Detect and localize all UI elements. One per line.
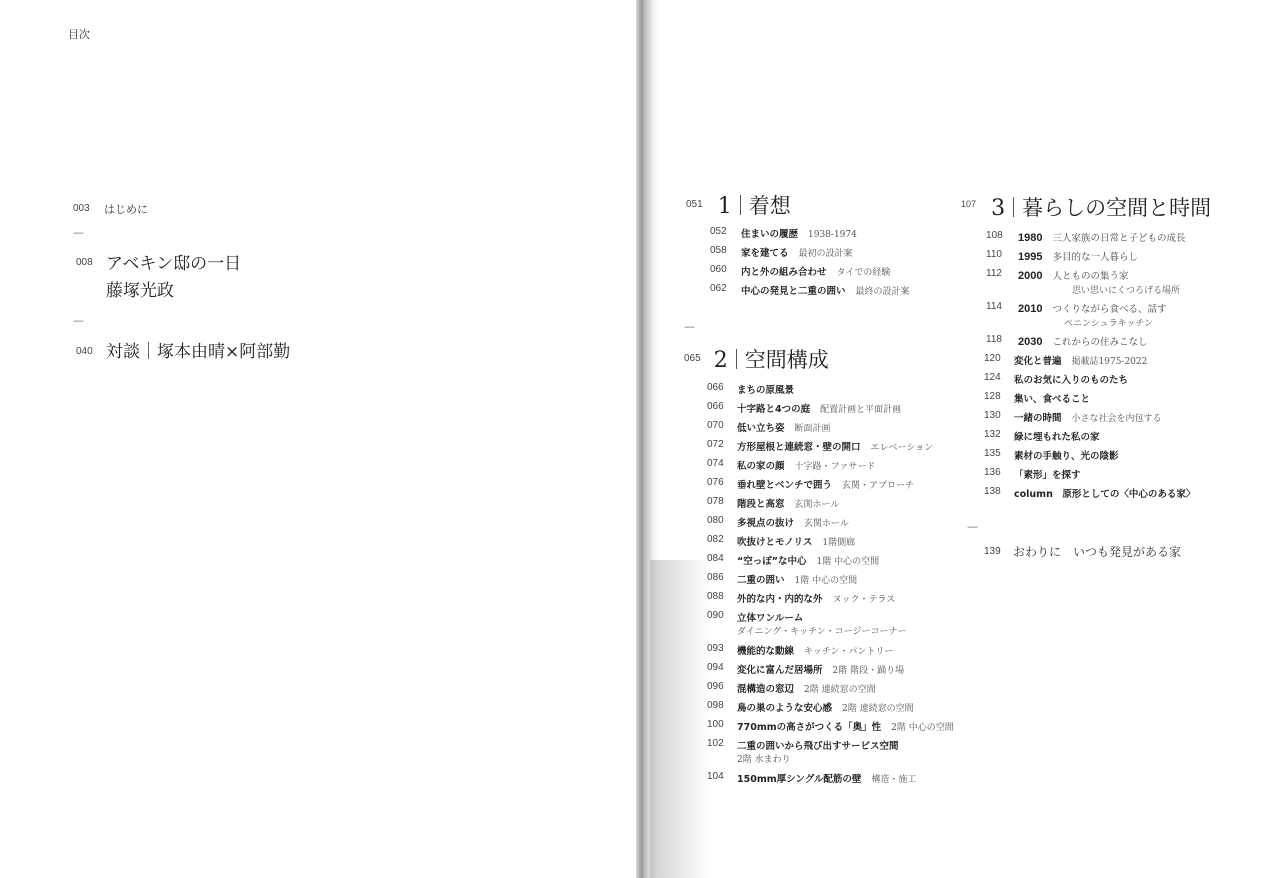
toc-page-number: 086 — [707, 572, 724, 583]
entry-title-text: 素材の手触り、光の陰影 — [1014, 451, 1119, 462]
toc-entry-title: 770mmの高さがつくる「奥」性2階 中心の空間 — [737, 719, 954, 733]
entry-title-text: 低い立ち姿 — [737, 423, 785, 434]
toc-page-number: 008 — [76, 257, 93, 268]
entry-title-text: 住まいの履歴 — [741, 229, 798, 240]
entry-subtitle: 1階 中心の空間 — [817, 557, 880, 567]
toc-entry-title: 二重の囲い1階 中心の空間 — [737, 572, 857, 586]
toc-entry-feature: アベキン邸の一日 — [106, 249, 241, 274]
year-label: 1980 — [1018, 232, 1042, 244]
year-description: つくりながら食べる、話す — [1052, 304, 1166, 315]
toc-page-number: 060 — [710, 264, 727, 275]
entry-subtitle: 2階 連続窓の空間 — [804, 685, 876, 695]
right-page — [640, 0, 1280, 878]
toc-page-number: 135 — [984, 448, 1001, 459]
entry-subtitle: 断面計画 — [795, 424, 831, 434]
chapter-title: 着想 — [749, 194, 791, 218]
separator: — — [73, 314, 84, 327]
entry-subtitle: 玄関・アプローチ — [842, 481, 914, 491]
entry-subtitle: キッチン・パントリー — [804, 647, 893, 657]
year-line: 1995多目的な一人暮らし — [1018, 249, 1138, 263]
toc-entry-title: 150mm厚シングル配筋の壁構造・施工 — [737, 771, 916, 785]
running-head: 目次 — [68, 26, 90, 42]
chapter-divider — [736, 349, 737, 369]
toc-page-number: 088 — [707, 591, 724, 602]
entry-subtitle: 十字路・ファサード — [795, 462, 876, 472]
toc-entry-title: column 原形としての〈中心のある家〉 — [1014, 486, 1205, 500]
toc-page-number: 118 — [986, 334, 1002, 345]
entry-subtitle: 1階 中心の空間 — [795, 576, 858, 586]
entry-title-text: 中心の発見と二重の囲い — [741, 286, 846, 297]
toc-entry-title: 内と外の組み合わせタイでの経験 — [741, 264, 890, 278]
entry-title-text: 「素形」を探す — [1014, 470, 1081, 481]
entry-title-text: 一緒の時間 — [1014, 413, 1062, 424]
toc-entry-intro: はじめに — [104, 201, 148, 217]
year-label: 2000 — [1018, 270, 1042, 282]
toc-page-number: 096 — [707, 681, 724, 692]
separator: — — [967, 520, 978, 533]
gutter-shadow — [650, 560, 710, 878]
chapter-divider — [740, 195, 741, 215]
year-line: 2010つくりながら食べる、話す — [1018, 301, 1167, 315]
toc-page-number: 080 — [707, 515, 724, 526]
toc-entry-title: 緑に埋もれた私の家 — [1014, 429, 1110, 443]
toc-entry-title: 私のお気に入りのものたち — [1014, 372, 1138, 386]
entry-subtitle: 1938-1974 — [808, 230, 857, 240]
toc-page-number: 139 — [984, 546, 1001, 557]
toc-entry-dialogue: 対談｜塚本由晴×阿部勤 — [106, 337, 290, 362]
toc-page-number: 074 — [707, 458, 724, 469]
toc-page-number: 136 — [984, 467, 1001, 478]
toc-page-number: 003 — [73, 203, 90, 214]
toc-entry-title: 階段と高窓玄関ホール — [737, 496, 839, 510]
entry-subtitle: 2階 連続窓の空間 — [842, 704, 914, 714]
chapter-number: 1 — [718, 194, 732, 219]
entry-title-text: 私のお気に入りのものたち — [1014, 375, 1128, 386]
entry-title-text: 二重の囲いから飛び出すサービス空間 — [737, 741, 899, 752]
entry-subtitle: タイでの経験 — [837, 268, 891, 278]
toc-entry-closing: おわりに いつも発見がある家 — [1013, 543, 1181, 560]
entry-title-text: “空っぽ”な中心 — [737, 556, 807, 567]
entry-subtitle: 1階側廊 — [822, 538, 855, 548]
entry-title-text: 垂れ壁とベンチで囲う — [737, 480, 832, 491]
toc-page-number: 052 — [710, 226, 727, 237]
toc-entry-title: 垂れ壁とベンチで囲う玄関・アプローチ — [737, 477, 914, 491]
year-line: 1980三人家族の日常と子どもの成長 — [1018, 230, 1186, 244]
toc-page-number: 100 — [707, 719, 724, 730]
toc-page-number: 098 — [707, 700, 724, 711]
entry-title-text: 770mmの高さがつくる「奥」性 — [737, 722, 881, 733]
toc-entry-feature-author: 藤塚光政 — [106, 276, 174, 301]
entry-title-text: 緑に埋もれた私の家 — [1014, 432, 1100, 443]
entry-subtitle: エレベーション — [871, 443, 934, 453]
toc-page-number: 058 — [710, 245, 727, 256]
toc-entry-title: 一緒の時間小さな社会を内包する — [1014, 410, 1162, 424]
chapter-page-number: 065 — [684, 353, 701, 364]
entry-subtitle: 構造・施工 — [871, 775, 916, 785]
entry-subtitle: ヌック・テラス — [833, 595, 896, 605]
toc-page-number: 070 — [707, 420, 724, 431]
year-label: 2030 — [1018, 336, 1042, 348]
chapter-title: 暮らしの空間と時間 — [1022, 196, 1211, 220]
separator: — — [684, 320, 695, 333]
year-line: 2030これからの住みこなし — [1018, 334, 1148, 348]
entry-title-text: 混構造の窓辺 — [737, 684, 794, 695]
toc-page-number: 093 — [707, 643, 724, 654]
year-description: 三人家族の日常と子どもの成長 — [1052, 233, 1185, 244]
year-label: 1995 — [1018, 251, 1042, 263]
entry-subtitle: 小さな社会を内包する — [1072, 414, 1162, 424]
toc-entry-title: 住まいの履歴1938-1974 — [741, 226, 857, 240]
toc-entry-title: 外的な内・内的な外ヌック・テラス — [737, 591, 895, 605]
entry-title-text: 機能的な動線 — [737, 646, 794, 657]
toc-entry-title: 方形屋根と連続窓・壁の開口エレベーション — [737, 439, 933, 453]
toc-entry-title: まちの原風景 — [737, 382, 804, 396]
toc-entry-title: 低い立ち姿断面計画 — [737, 420, 831, 434]
entry-title-text: 方形屋根と連続窓・壁の開口 — [737, 442, 861, 453]
chapter-title: 空間構成 — [745, 348, 829, 372]
toc-entry-title: 私の家の顔十字路・ファサード — [737, 458, 875, 472]
toc-page-number: 124 — [984, 372, 1001, 383]
chapter-page-number: 051 — [686, 199, 703, 210]
entry-subtitle: 配置計画と平面計画 — [820, 405, 901, 415]
entry-title-text: 十字路と4つの庭 — [737, 404, 810, 415]
entry-title-text: 階段と高窓 — [737, 499, 785, 510]
year-description: これからの住みこなし — [1052, 337, 1147, 348]
entry-title-text: 変化に富んだ居場所 — [737, 665, 823, 676]
year-description: 人とものの集う家 — [1052, 271, 1128, 282]
toc-entry-title: 機能的な動線キッチン・パントリー — [737, 643, 893, 657]
toc-entry-title: 吹抜けとモノリス1階側廊 — [737, 534, 855, 548]
toc-page-number: 040 — [76, 346, 93, 357]
chapter-divider — [1013, 197, 1014, 217]
entry-subtitle: 2階 中心の空間 — [891, 723, 954, 733]
chapter-number: 3 — [991, 196, 1005, 221]
entry-title-text: まちの原風景 — [737, 385, 794, 396]
entry-subtitle-line2: 2階 水まわり — [737, 752, 791, 765]
chapter-number: 2 — [714, 348, 728, 373]
toc-entry-title: 家を建てる最初の設計案 — [741, 245, 853, 259]
chapter-page-number: 107 — [961, 199, 976, 209]
entry-subtitle: 最初の設計案 — [799, 249, 853, 259]
entry-subtitle: 玄関ホール — [795, 500, 840, 510]
toc-page-number: 062 — [710, 283, 727, 294]
entry-title-text: 吹抜けとモノリス — [737, 537, 812, 548]
chapter-heading-2: 065 2空間構成 — [684, 344, 829, 374]
toc-entry-title: 二重の囲いから飛び出すサービス空間 — [737, 738, 909, 752]
toc-page-number: 104 — [707, 771, 724, 782]
toc-page-number: 112 — [986, 268, 1002, 279]
toc-page-number: 072 — [707, 439, 724, 450]
toc-page-number: 076 — [707, 477, 724, 488]
entry-subtitle: 最終の設計案 — [856, 287, 910, 297]
toc-page-number: 128 — [984, 391, 1001, 402]
toc-page-number: 094 — [707, 662, 724, 673]
toc-page-number: 102 — [707, 738, 724, 749]
entry-title-text: column 原形としての〈中心のある家〉 — [1014, 489, 1195, 500]
toc-entry-title: 多視点の抜け玄関ホール — [737, 515, 849, 529]
toc-page-number: 066 — [707, 401, 724, 412]
left-page: 目次 003 はじめに — 008 アベキン邸の一日 藤塚光政 — 040 対談… — [0, 0, 640, 878]
toc-entry-title: 中心の発見と二重の囲い最終の設計案 — [741, 283, 910, 297]
entry-title-text: 私の家の顔 — [737, 461, 785, 472]
entry-title-text: 集い、食べること — [1014, 394, 1090, 405]
chapter-heading-3: 107 3暮らしの空間と時間 — [961, 192, 1211, 222]
entry-title-text: 150mm厚シングル配筋の壁 — [737, 774, 861, 785]
toc-page-number: 108 — [986, 230, 1003, 241]
chapter-heading-1: 051 1着想 — [686, 190, 791, 220]
toc-page-number: 132 — [984, 429, 1001, 440]
toc-entry-title: 変化に富んだ居場所2階 階段・踊り場 — [737, 662, 904, 676]
toc-entry-title: “空っぽ”な中心1階 中心の空間 — [737, 553, 879, 567]
entry-title-text: 外的な内・内的な外 — [737, 594, 823, 605]
entry-title-text: 変化と普遍 — [1014, 356, 1062, 367]
separator: — — [73, 226, 84, 239]
toc-entry-title: 「素形」を探す — [1014, 467, 1091, 481]
entry-subtitle-line2: ダイニング・キッチン・コージーコーナー — [737, 624, 906, 637]
toc-page-number: 110 — [986, 249, 1002, 260]
toc-page-number: 082 — [707, 534, 724, 545]
entry-subtitle: 掲載誌1975-2022 — [1072, 357, 1148, 367]
toc-page-number: 138 — [984, 486, 1001, 497]
toc-entry-title: 変化と普遍掲載誌1975-2022 — [1014, 353, 1147, 367]
toc-entry-title: 集い、食べること — [1014, 391, 1100, 405]
toc-page-number: 120 — [984, 353, 1001, 364]
toc-entry-title: 混構造の窓辺2階 連続窓の空間 — [737, 681, 876, 695]
entry-title-text: 二重の囲い — [737, 575, 785, 586]
toc-page-number: 078 — [707, 496, 724, 507]
year-line: 2000人とものの集う家 — [1018, 268, 1129, 282]
year-description: 多目的な一人暮らし — [1052, 252, 1138, 263]
toc-page-number: 130 — [984, 410, 1001, 421]
entry-subtitle: 玄関ホール — [804, 519, 849, 529]
toc-entry-title: 十字路と4つの庭配置計画と平面計画 — [737, 401, 901, 415]
entry-title-text: 鳥の巣のような安心感 — [737, 703, 832, 714]
toc-entry-title: 鳥の巣のような安心感2階 連続窓の空間 — [737, 700, 914, 714]
year-description-line2: ペニンシュラキッチン — [1064, 316, 1153, 329]
year-description-line2: 思い思いにくつろげる場所 — [1072, 283, 1180, 296]
toc-page-number: 090 — [707, 610, 724, 621]
toc-entry-title: 立体ワンルーム — [737, 610, 813, 624]
entry-title-text: 多視点の抜け — [737, 518, 794, 529]
toc-page-number: 066 — [707, 382, 724, 393]
entry-title-text: 立体ワンルーム — [737, 613, 803, 624]
entry-title-text: 内と外の組み合わせ — [741, 267, 827, 278]
entry-subtitle: 2階 階段・踊り場 — [833, 666, 905, 676]
year-label: 2010 — [1018, 303, 1042, 315]
entry-title-text: 家を建てる — [741, 248, 789, 259]
toc-entry-title: 素材の手触り、光の陰影 — [1014, 448, 1129, 462]
toc-page-number: 114 — [986, 301, 1002, 312]
toc-page-number: 084 — [707, 553, 724, 564]
